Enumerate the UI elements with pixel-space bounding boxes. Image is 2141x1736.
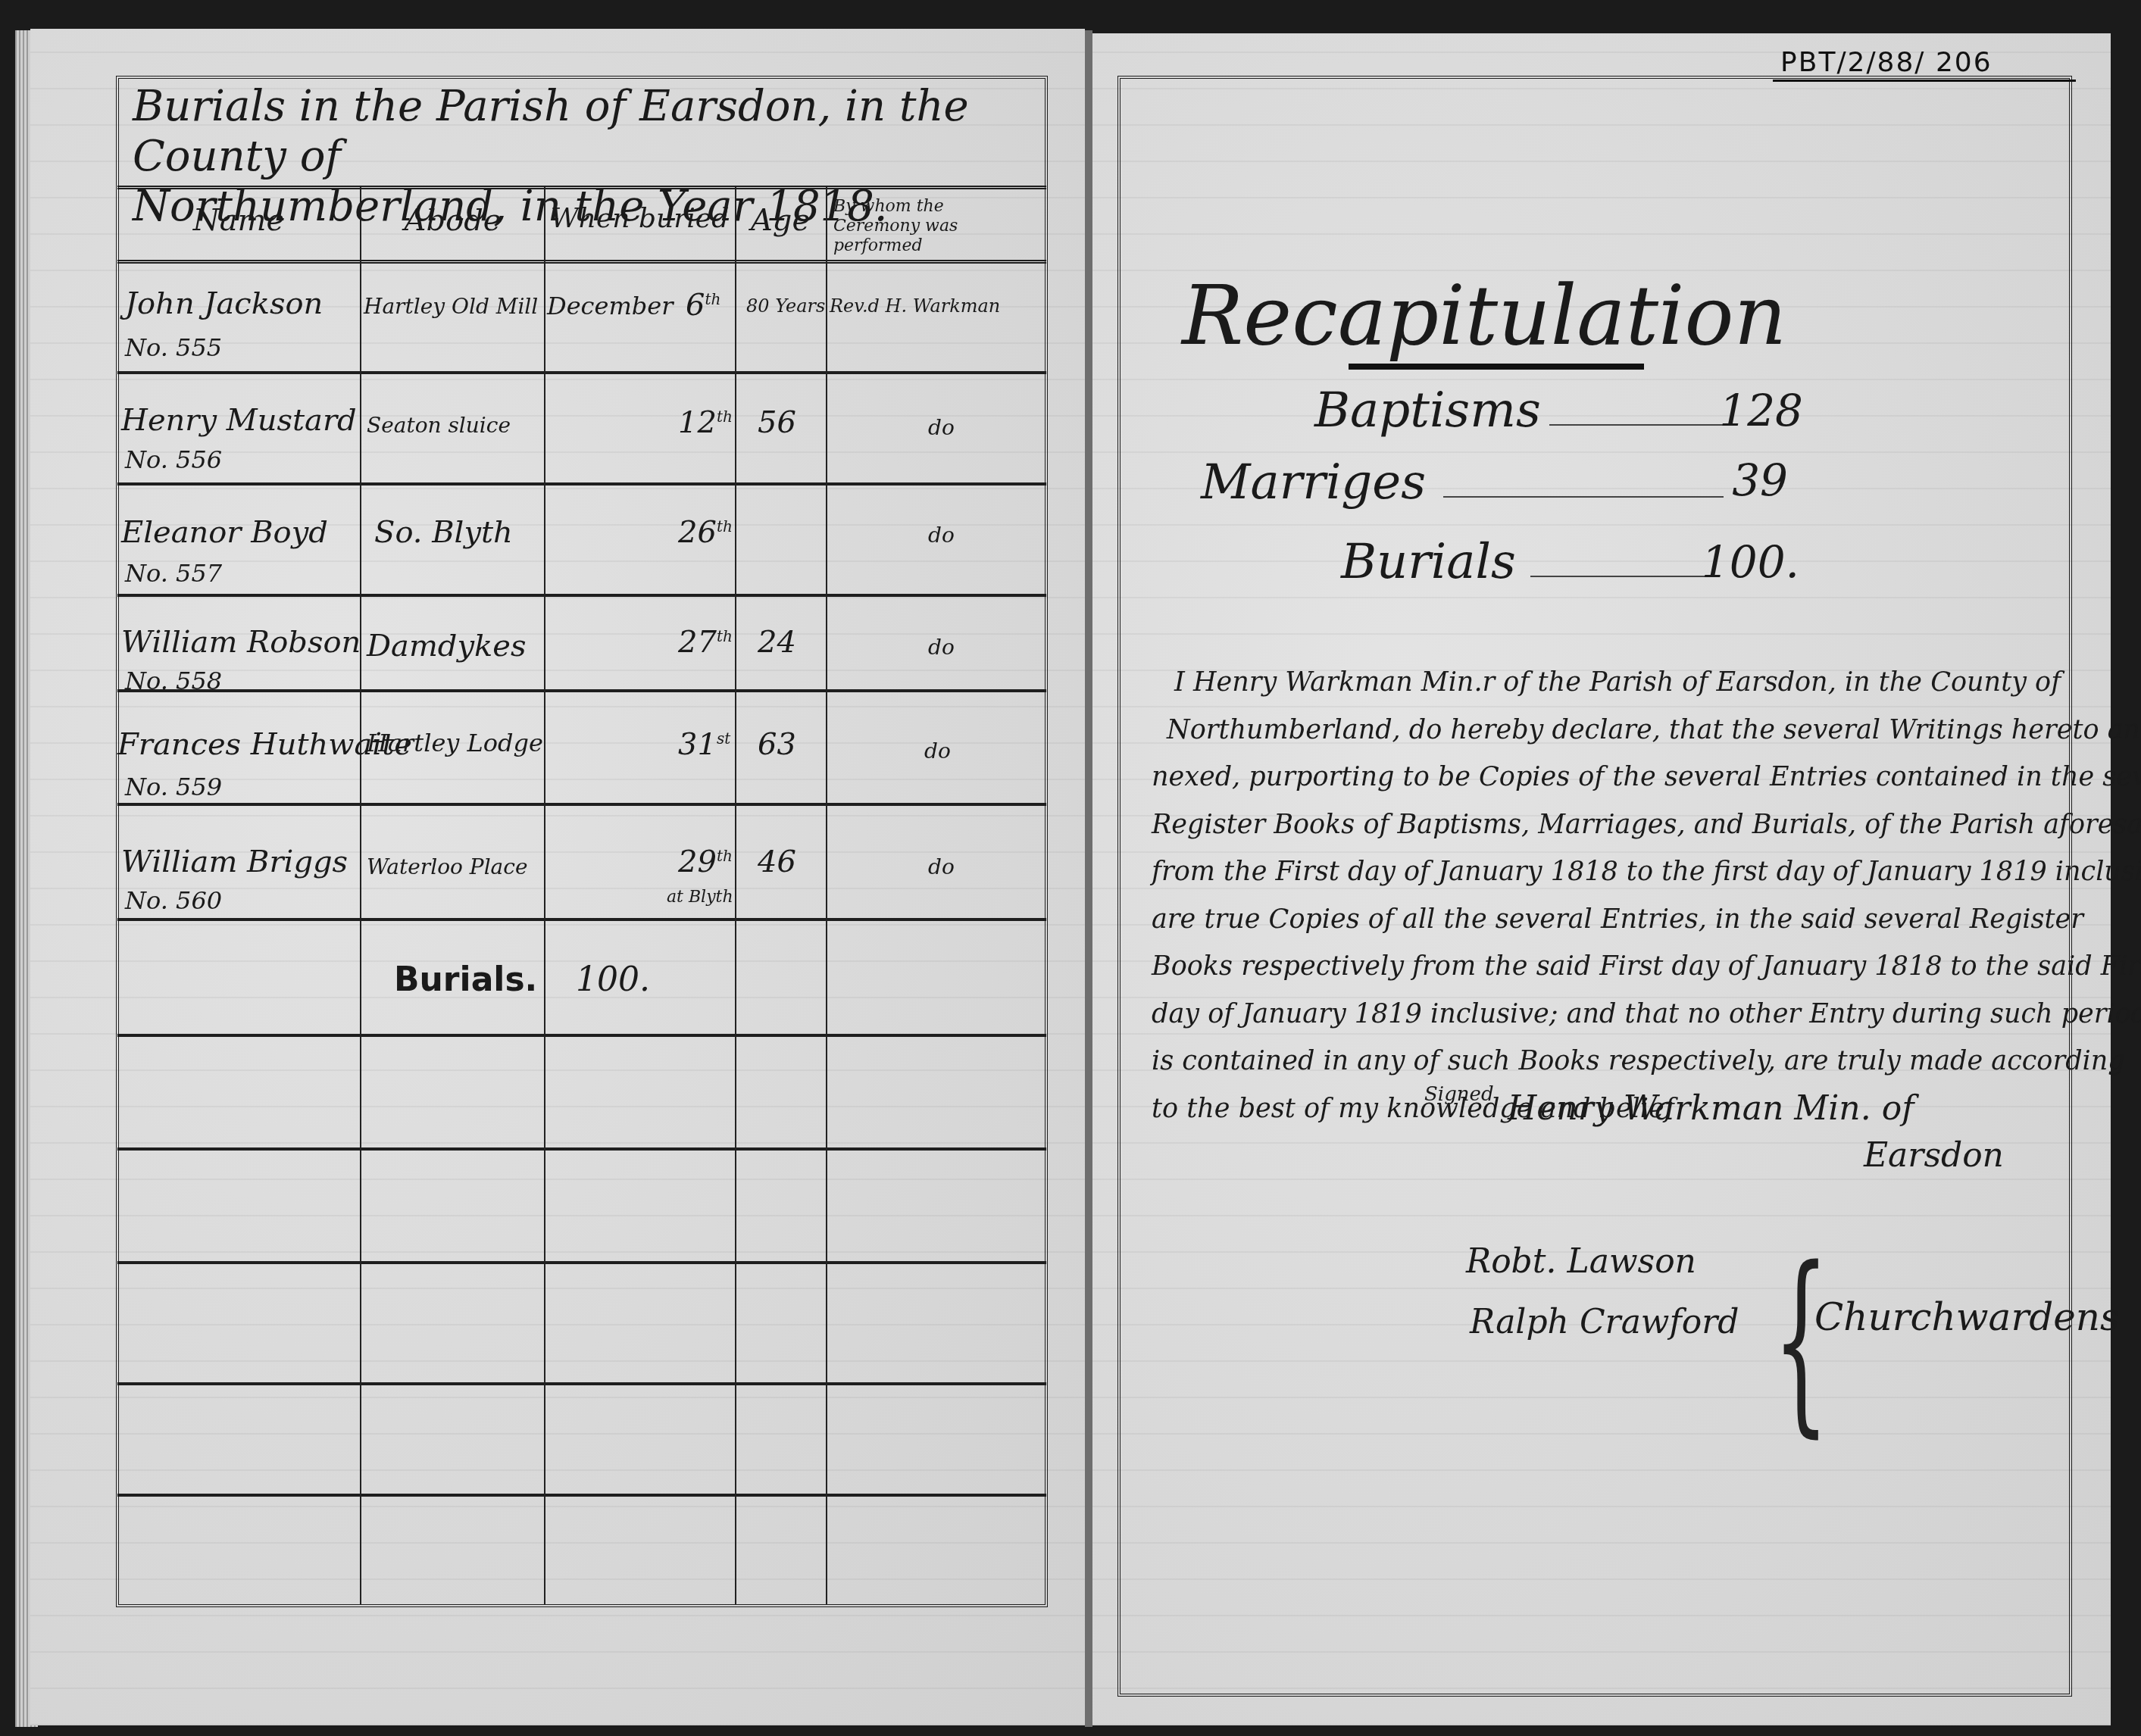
entry-day: 26th: [678, 515, 733, 550]
recap-label: Burials: [1341, 534, 1516, 590]
header-bottom-rule: [117, 260, 1046, 264]
entry-name: Henry Mustard: [121, 403, 357, 438]
recap-label: Marriges: [1201, 454, 1426, 510]
entry-day: 12th: [678, 405, 733, 440]
entry-day: 31st: [678, 727, 730, 762]
burials-total-value: 100.: [576, 960, 650, 999]
entry-age: 24: [758, 625, 796, 660]
entry-number: No. 557: [125, 559, 222, 588]
entry-abode: Hartley Old Mill: [364, 294, 538, 319]
row-rule: [117, 803, 1046, 806]
declaration-line: are true Copies of all the several Entri…: [1152, 896, 2076, 944]
row-rule: [117, 1382, 1046, 1385]
row-rule: [117, 482, 1046, 486]
column-header-age: Age: [738, 203, 823, 238]
entry-officiant: do: [924, 738, 951, 763]
burials-total-label: Burials.: [394, 960, 537, 999]
row-rule: [117, 594, 1046, 597]
entry-name: William Briggs: [121, 845, 348, 879]
minister-signature: Henry Warkman Min. of: [1508, 1089, 1914, 1128]
recap-count: 100.: [1693, 536, 1799, 588]
entry-officiant: do: [928, 854, 955, 879]
entry-day: 27th: [678, 625, 733, 660]
column-divider: [826, 187, 827, 1605]
column-header-name: Name: [121, 203, 356, 238]
register-title-line-1: Burials in the Parish of Earsdon, in the…: [133, 82, 1034, 182]
declaration-line: from the First day of January 1818 to th…: [1152, 848, 2076, 896]
book-spine: [1085, 30, 1092, 1727]
column-divider: [735, 187, 736, 1605]
minister-parish-signature: Earsdon: [1864, 1136, 2004, 1175]
declaration-line: is contained in any of such Books respec…: [1152, 1038, 2076, 1085]
declaration-line: Books respectively from the said First d…: [1152, 943, 2076, 991]
column-header-abode: Abode: [364, 203, 542, 238]
row-rule: [117, 1147, 1046, 1151]
entry-abode: Hartley Lodge: [367, 729, 543, 757]
column-header-when-buried: When buried: [547, 203, 733, 234]
declaration-line: nexed, purporting to be Copies of the se…: [1152, 754, 2076, 801]
row-rule: [117, 689, 1046, 692]
recap-leader-line: [1530, 576, 1716, 577]
archive-reference-number: PBT/2/88/ 206: [1780, 47, 1993, 78]
row-rule: [117, 1261, 1046, 1264]
row-rule: [117, 371, 1046, 374]
column-divider: [544, 187, 545, 1605]
entry-day: 29th: [678, 845, 733, 879]
declaration-line: day of January 1819 inclusive; and that …: [1152, 991, 2076, 1038]
header-top-rule: [117, 186, 1046, 189]
column-header-officiant: By whom the Ceremony was performed: [833, 197, 1030, 256]
entry-day: 6th: [686, 288, 720, 323]
entry-age: 80 Years: [746, 295, 825, 317]
entry-officiant: do: [928, 635, 955, 660]
entry-abode: Seaton sluice: [367, 413, 511, 438]
recap-count: 39: [1682, 454, 1788, 506]
entry-burial-note: at Blyth: [667, 888, 733, 907]
churchwardens-label: Churchwardens: [1814, 1295, 2120, 1339]
entry-month: December: [547, 292, 674, 320]
signed-label: Signed: [1424, 1083, 1494, 1106]
entry-name: Eleanor Boyd: [121, 515, 328, 550]
entry-age: 56: [758, 405, 796, 440]
row-rule: [117, 1494, 1046, 1497]
declaration-line: Northumberland, do hereby declare, that …: [1152, 707, 2076, 754]
declaration-line: I Henry Warkman Min.r of the Parish of E…: [1152, 659, 2076, 707]
entry-number: No. 555: [125, 333, 222, 362]
entry-name: John Jackson: [125, 286, 323, 321]
minister-declaration: I Henry Warkman Min.r of the Parish of E…: [1152, 659, 2076, 1132]
entry-officiant: do: [928, 523, 955, 548]
entry-number: No. 556: [125, 445, 222, 474]
row-rule: [117, 918, 1046, 921]
row-rule: [117, 1034, 1046, 1037]
entry-number: No. 560: [125, 886, 222, 915]
churchwarden-signature-1: Robt. Lawson: [1466, 1242, 1696, 1281]
entry-abode: Damdykes: [367, 629, 527, 663]
entry-officiant: do: [928, 415, 955, 440]
entry-number: No. 559: [125, 773, 222, 801]
recap-label: Baptisms: [1314, 382, 1541, 439]
entry-age: 63: [758, 727, 796, 762]
archive-reference-underline: [1773, 80, 2076, 82]
recapitulation-underline: [1349, 364, 1644, 370]
churchwardens-brace: {: [1773, 1257, 1829, 1424]
entry-name: William Robson: [121, 625, 361, 660]
entry-abode: So. Blyth: [374, 515, 513, 550]
recapitulation-heading: Recapitulation: [1182, 269, 1786, 364]
declaration-line: Register Books of Baptisms, Marriages, a…: [1152, 801, 2076, 849]
entry-officiant: Rev.d H. Warkman: [830, 295, 1000, 317]
recap-count: 128: [1697, 385, 1803, 436]
column-divider: [360, 187, 361, 1605]
entry-age: 46: [758, 845, 796, 879]
churchwarden-signature-2: Ralph Crawford: [1470, 1303, 1739, 1341]
entry-abode: Waterloo Place: [367, 854, 528, 879]
entry-number: No. 558: [125, 667, 222, 695]
